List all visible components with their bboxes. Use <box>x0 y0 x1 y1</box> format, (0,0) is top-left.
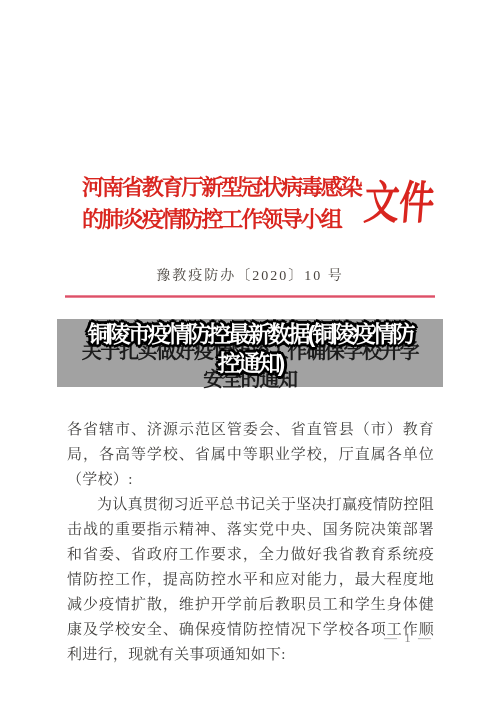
document-number: 豫教疫防办〔2020〕10 号 <box>0 265 500 285</box>
letterhead-doc-mark: 文件 <box>362 181 446 228</box>
page-number: — 1 — <box>384 630 433 646</box>
body-paragraph-intro: 为认真贯彻习近平总书记关于坚决打赢疫情防控阻击战的重要指示精神、落实党中央、国务… <box>67 493 434 668</box>
body-paragraph-recipients: 各省辖市、济源示范区管委会、省直管县（市）教育局，各高等学校、省属中等职业学校，… <box>67 418 434 493</box>
overlay-watermark-line1: 铜陵市疫情防控最新数据(铜陵疫情防 <box>0 320 500 349</box>
letterhead-divider-rule <box>65 295 435 298</box>
document-body: 各省辖市、济源示范区管委会、省直管县（市）教育局，各高等学校、省属中等职业学校，… <box>67 418 434 668</box>
document-page: 河南省教育厅新型冠状病毒感染 的肺炎疫情防控工作领导小组 文件 豫教疫防办〔20… <box>0 0 500 707</box>
overlay-watermark-title: 铜陵市疫情防控最新数据(铜陵疫情防 控通知) <box>0 320 500 378</box>
overlay-watermark-line2: 控通知) <box>0 349 500 378</box>
